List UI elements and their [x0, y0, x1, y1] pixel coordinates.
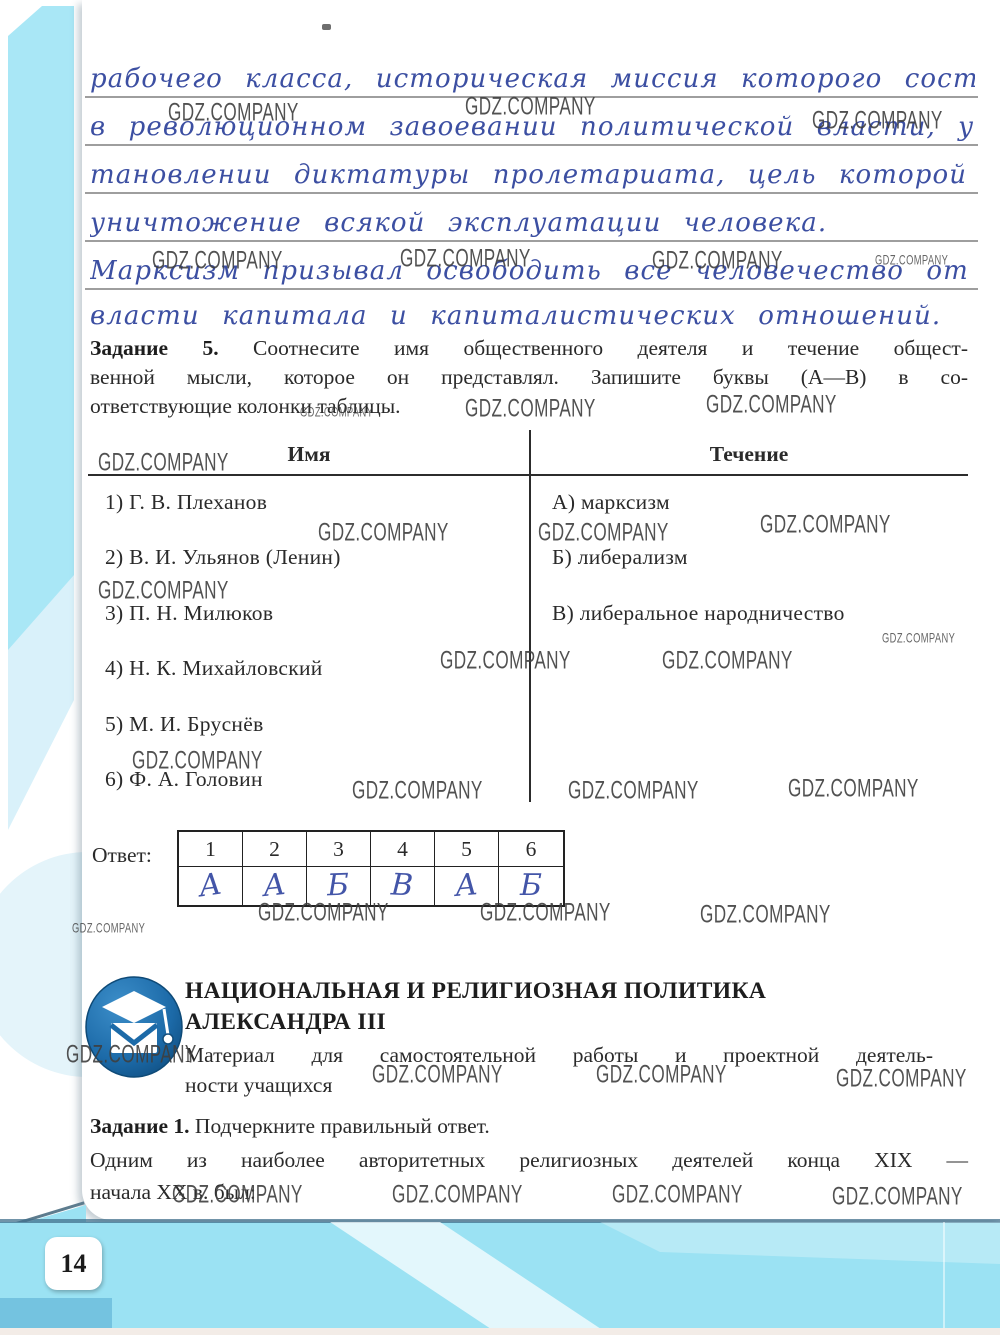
- watermark: GDZ.COMPANY: [300, 404, 373, 420]
- answer-grid-number: 5: [435, 832, 499, 867]
- watermark: GDZ.COMPANY: [318, 518, 449, 547]
- watermark: GDZ.COMPANY: [568, 776, 699, 805]
- watermark: GDZ.COMPANY: [706, 390, 837, 419]
- ruled-line: [85, 288, 978, 290]
- watermark: GDZ.COMPANY: [152, 246, 283, 275]
- task1-body-line1: Одним из наиболее авторитетных религиозн…: [90, 1144, 968, 1176]
- handwritten-line: рабочего класса, историческая миссия кот…: [90, 64, 975, 94]
- list-item: 1) Г. В. Плеханов: [105, 490, 341, 545]
- list-item: 4) Н. К. Михайловский: [105, 656, 341, 711]
- list-item: Б) либерализм: [552, 545, 845, 600]
- watermark: GDZ.COMPANY: [132, 746, 263, 775]
- answer-grid-number: 1: [179, 832, 243, 867]
- bottom-decor-band: [0, 1222, 1000, 1335]
- scanned-workbook-page: { "page": { "number": "14" }, "handwriti…: [0, 0, 1000, 1335]
- handwritten-line: тановлении диктатуры пролетариата, цель …: [90, 160, 975, 190]
- watermark: GDZ.COMPANY: [372, 1060, 503, 1089]
- watermark: GDZ.COMPANY: [465, 92, 596, 121]
- left-cyan-stripe: [8, 6, 74, 654]
- watermark: GDZ.COMPANY: [72, 920, 145, 936]
- task1-label: Задание 1.: [90, 1114, 190, 1138]
- watermark: GDZ.COMPANY: [98, 448, 229, 477]
- section-title-line2: АЛЕКСАНДРА III: [185, 1009, 955, 1036]
- watermark: GDZ.COMPANY: [465, 394, 596, 423]
- answer-grid-number: 2: [243, 832, 307, 867]
- list-item: 6) Ф. А. Головин: [105, 767, 341, 822]
- watermark: GDZ.COMPANY: [596, 1060, 727, 1089]
- section-subtitle-line1: Материал для самостоятельной работы и пр…: [185, 1040, 933, 1070]
- table-column-divider: [529, 430, 531, 802]
- watermark: GDZ.COMPANY: [98, 576, 229, 605]
- page-number: 14: [61, 1249, 87, 1279]
- task5-paragraph-line2: венной мысли, которое он представлял. За…: [90, 363, 968, 392]
- answer-label: Ответ:: [92, 843, 152, 868]
- handwritten-answer: Б: [520, 871, 542, 901]
- band-light-diagonal: [300, 1222, 620, 1335]
- column-header-movement: Течение: [530, 430, 968, 467]
- answer-grid: 1 2 3 4 5 6 А А Б В А Б: [177, 830, 565, 907]
- handwritten-answer: А: [197, 870, 224, 903]
- scan-speck: [322, 24, 331, 30]
- answer-grid-number: 6: [499, 832, 563, 867]
- handwritten-line: уничтожение всякой эксплуатации человека…: [90, 208, 975, 238]
- task5-text-part1: Соотнесите имя общественного деятеля и т…: [253, 336, 968, 360]
- watermark: GDZ.COMPANY: [662, 646, 793, 675]
- answer-grid-cell: А: [179, 867, 243, 905]
- watermark: GDZ.COMPANY: [392, 1180, 523, 1209]
- band-dark-corner: [0, 1298, 112, 1330]
- watermark: GDZ.COMPANY: [812, 106, 943, 135]
- band-light-area: [600, 1222, 1000, 1282]
- answer-grid-number: 3: [307, 832, 371, 867]
- watermark: GDZ.COMPANY: [652, 246, 783, 275]
- watermark: GDZ.COMPANY: [480, 898, 611, 927]
- ruled-line: [85, 144, 978, 146]
- watermark: GDZ.COMPANY: [172, 1180, 303, 1209]
- handwritten-line: власти капитала и капиталистических отно…: [90, 301, 975, 331]
- watermark: GDZ.COMPANY: [66, 1040, 197, 1069]
- watermark: GDZ.COMPANY: [700, 900, 831, 929]
- ruled-line: [85, 240, 978, 242]
- watermark: GDZ.COMPANY: [440, 646, 571, 675]
- task5-paragraph-line1: Задание 5. Соотнесите имя общественного …: [90, 334, 968, 363]
- watermark: GDZ.COMPANY: [352, 776, 483, 805]
- watermark: GDZ.COMPANY: [612, 1180, 743, 1209]
- ruled-line: [85, 192, 978, 194]
- section-title-line1: НАЦИОНАЛЬНАЯ И РЕЛИГИОЗНАЯ ПОЛИТИКА: [185, 978, 955, 1005]
- watermark: GDZ.COMPANY: [875, 252, 948, 268]
- task1-intro: Подчеркните правильный ответ.: [195, 1114, 490, 1138]
- band-seam: [943, 1222, 945, 1335]
- handwritten-answer: А: [454, 870, 479, 902]
- watermark: GDZ.COMPANY: [538, 518, 669, 547]
- watermark: GDZ.COMPANY: [788, 774, 919, 803]
- list-item: 3) П. Н. Милюков: [105, 601, 341, 656]
- watermark: GDZ.COMPANY: [882, 630, 955, 646]
- task5-label: Задание 5.: [90, 336, 219, 360]
- watermark: GDZ.COMPANY: [760, 510, 891, 539]
- watermark: GDZ.COMPANY: [168, 98, 299, 127]
- handwritten-answer: Б: [327, 871, 350, 902]
- page-number-badge: 14: [45, 1237, 102, 1290]
- answer-grid-number: 4: [371, 832, 435, 867]
- watermark: GDZ.COMPANY: [836, 1064, 967, 1093]
- watermark: GDZ.COMPANY: [832, 1182, 963, 1211]
- watermark: GDZ.COMPANY: [400, 244, 531, 273]
- scan-bottom-strip: [0, 1328, 1000, 1335]
- handwritten-answer: В: [391, 870, 415, 901]
- watermark: GDZ.COMPANY: [258, 898, 389, 927]
- section-subtitle-line2: ности учащихся: [185, 1070, 933, 1100]
- task1-heading-line: Задание 1. Подчеркните правильный ответ.: [90, 1112, 968, 1141]
